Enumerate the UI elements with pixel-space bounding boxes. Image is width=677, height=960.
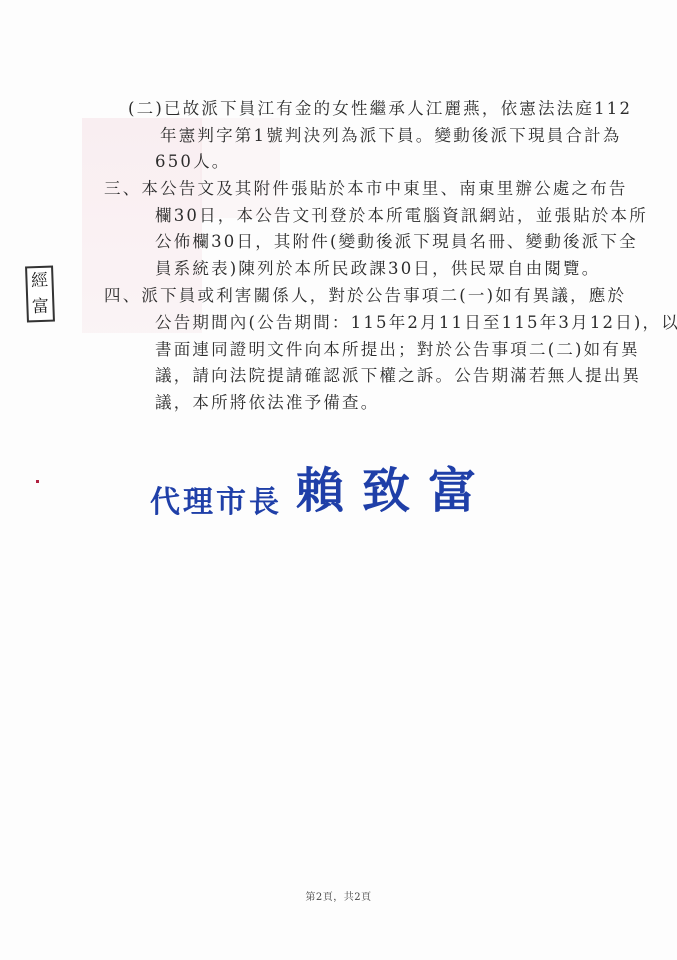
document-page: 經 富 (二)已故派下員江有金的女性繼承人江麗燕，依憲法法庭112 年憲判字第1… (0, 0, 677, 960)
signature-title: 代理市長 (150, 477, 282, 521)
red-mark (36, 480, 39, 483)
item-4-line-1: 四、派下員或利害關係人，對於公告事項二(一)如有異議，應於 (104, 285, 626, 307)
item-3-line-1: 三、本公告文及其附件張貼於本市中東里、南東里辦公處之布告 (104, 178, 628, 200)
seal-char-1: 經 (31, 272, 49, 290)
item-4-line-5: 議，本所將依法准予備查。 (155, 392, 379, 414)
item-2-2-line-2: 年憲判字第1號判決列為派下員。變動後派下現員合計為 (160, 125, 622, 147)
item-3-line-3: 公佈欄30日，其附件(變動後派下現員名冊、變動後派下全 (155, 231, 638, 253)
item-2-2-line-3: 650人。 (155, 151, 231, 173)
signature-name: 賴致富 (296, 452, 494, 521)
item-3-line-4: 員系統表)陳列於本所民政課30日，供民眾自由閱覽。 (155, 258, 600, 280)
item-4-line-2: 公告期間內(公告期間：115年2月11日至115年3月12日)，以 (155, 312, 677, 334)
item-3-line-2: 欄30日，本公告文刊登於本所電腦資訊網站，並張貼於本所 (155, 205, 648, 227)
signature-stamp: 代理市長 賴致富 (150, 452, 494, 521)
item-2-2-line-1: (二)已故派下員江有金的女性繼承人江麗燕，依憲法法庭112 (128, 98, 632, 120)
item-4-line-4: 議，請向法院提請確認派下權之訴。公告期滿若無人提出異 (155, 365, 641, 387)
seal-char-2: 富 (32, 298, 50, 316)
seal-stamp-icon: 經 富 (25, 266, 55, 323)
page-number: 第2頁，共2頁 (0, 888, 677, 903)
item-4-line-3: 書面連同證明文件向本所提出；對於公告事項二(二)如有異 (155, 339, 640, 361)
